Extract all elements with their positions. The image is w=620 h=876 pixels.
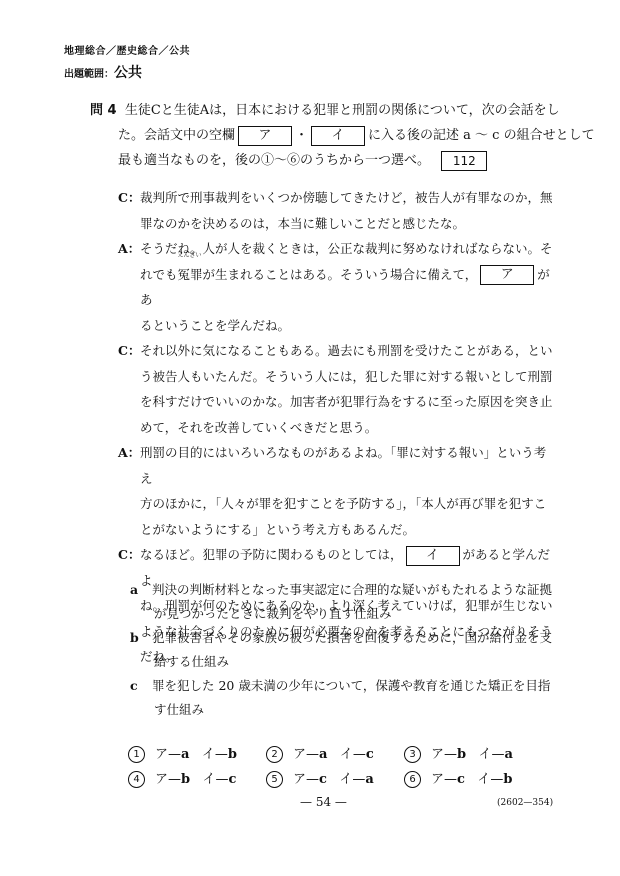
scope-label: 出題範囲： xyxy=(64,69,114,80)
answer-number-box[interactable]: 112 xyxy=(441,151,487,171)
blank-a-box: ア xyxy=(480,265,534,285)
statement-letter: a xyxy=(130,578,152,602)
text-segment: なるほど。犯罪の予防に関わるものとしては， xyxy=(140,547,403,562)
dialogue-line: めて，それを改善していくべきだと思う。 xyxy=(140,415,558,441)
dialogue-line: 方のほかに，「人々が罪を犯すことを予防する」，「本人が再び罪を犯すこ xyxy=(140,491,558,517)
choice-6[interactable]: 6ア—c イ—b xyxy=(404,768,542,788)
dialogue-turn: C： 裁判所で刑事裁判をいくつか傍聴してきたけど，被告人が有罪なのか，無 罪なの… xyxy=(118,185,558,236)
blank-a-box: ア xyxy=(238,126,292,146)
question-line-3: 最も適当なものを，後の①～⑥のうちから一つ選べ。 xyxy=(118,153,430,168)
dialogue-line: 裁判所で刑事裁判をいくつか傍聴してきたけど，被告人が有罪なのか，無 xyxy=(140,185,558,211)
circled-number-icon: 3 xyxy=(404,746,421,763)
circled-number-icon: 5 xyxy=(266,771,283,788)
speaker-label: A： xyxy=(118,236,140,262)
ruby-reading: えんざい xyxy=(178,252,202,260)
circled-number-icon: 4 xyxy=(128,771,145,788)
ruby-base: 冤罪 xyxy=(178,267,203,282)
statement-text: 判決の判断材料となった事実認定に合理的な疑いがもたれるような証拠が見つかったとき… xyxy=(152,582,552,621)
speaker-label: C： xyxy=(118,185,140,211)
statement-list: a判決の判断材料となった事実認定に合理的な疑いがもたれるような証拠が見つかったと… xyxy=(130,578,560,722)
scope-header: 出題範囲：公共 xyxy=(64,62,142,82)
dialogue-line: とがないようにする」という考え方もあるんだ。 xyxy=(140,517,558,543)
dialogue-line: それ以外に気になることもある。過去にも刑罰を受けたことがある，とい xyxy=(140,338,558,364)
ruby-word: えんざい冤罪 xyxy=(178,262,203,288)
dialogue-turn: C： それ以外に気になることもある。過去にも刑罰を受けたことがある，とい う被告… xyxy=(118,338,558,440)
dialogue-line: を科すだけでいいのかな。加害者が犯罪行為をするに至った原因を突き止 xyxy=(140,389,558,415)
dot-separator: ・ xyxy=(295,128,308,143)
dialogue-line: るということを学んだね。 xyxy=(140,313,558,339)
circled-number-icon: 2 xyxy=(266,746,283,763)
page-number: — 54 — xyxy=(300,795,347,809)
choice-5[interactable]: 5ア—c イ—a xyxy=(266,768,404,788)
speaker-label: C： xyxy=(118,338,140,364)
question-prompt: 問 4 生徒Cと生徒Aは，日本における犯罪と刑罰の関係について，次の会話をし た… xyxy=(90,98,560,173)
document-code: (2602—354) xyxy=(497,798,553,808)
dialogue-line: そうだね。人が人を裁くときは，公正な裁判に努めなければならない。そ xyxy=(140,236,558,262)
question-line-2-post: に入る後の記述 a ～ c の組合せとして xyxy=(368,128,595,143)
statement-text: 犯罪被害者やその家族の被った損害を回復するために，国が給付金を支給する仕組み xyxy=(152,630,552,669)
dialogue-turn: A： そうだね。人が人を裁くときは，公正な裁判に努めなければならない。そ れでも… xyxy=(118,236,558,338)
dialogue-turn: A： 刑罰の目的にはいろいろなものがあるよね。「罪に対する報い」という考え 方の… xyxy=(118,440,558,542)
statement-a: a判決の判断材料となった事実認定に合理的な疑いがもたれるような証拠が見つかったと… xyxy=(130,578,560,626)
text-segment: れでも xyxy=(140,267,178,282)
choice-3[interactable]: 3ア—b イ—a xyxy=(404,743,542,763)
statement-letter: c xyxy=(130,674,152,698)
dialogue-line: 罪なのかを決めるのは，本当に難しいことだと感じたな。 xyxy=(140,211,558,237)
choice-1[interactable]: 1ア—a イ—b xyxy=(128,743,266,763)
scope-value: 公共 xyxy=(114,65,142,81)
statement-text: 罪を犯した 20 歳未満の少年について，保護や教育を通じた矯正を目指す仕組み xyxy=(152,678,550,717)
statement-c: c罪を犯した 20 歳未満の少年について，保護や教育を通じた矯正を目指す仕組み xyxy=(130,674,560,722)
answer-choices: 1ア—a イ—b 2ア—a イ—c 3ア—b イ—a 4ア—b イ—c 5ア—c… xyxy=(128,740,542,790)
blank-i-box: イ xyxy=(406,546,460,566)
dialogue-line: う被告人もいたんだ。そういう人には，犯した罪に対する報いとして刑罰 xyxy=(140,364,558,390)
subject-header: 地理総合／歴史総合／公共 xyxy=(64,42,190,57)
choice-4[interactable]: 4ア—b イ—c xyxy=(128,768,266,788)
question-number: 問 4 xyxy=(90,103,117,118)
speaker-label: C： xyxy=(118,542,140,568)
dialogue-line: 刑罰の目的にはいろいろなものがあるよね。「罪に対する報い」という考え xyxy=(140,440,558,491)
question-line-1: 生徒Cと生徒Aは，日本における犯罪と刑罰の関係について，次の会話をし xyxy=(125,103,560,118)
dialogue-line: れでもえんざい冤罪が生まれることはある。そういう場合に備えて，アがあ xyxy=(140,262,558,313)
choice-2[interactable]: 2ア—a イ—c xyxy=(266,743,404,763)
statement-letter: b xyxy=(130,626,152,650)
question-line-2-pre: た。会話文中の空欄 xyxy=(118,128,235,143)
statement-b: b犯罪被害者やその家族の被った損害を回復するために，国が給付金を支給する仕組み xyxy=(130,626,560,674)
text-segment: が生まれることはある。そういう場合に備えて， xyxy=(203,267,478,282)
circled-number-icon: 6 xyxy=(404,771,421,788)
circled-number-icon: 1 xyxy=(128,746,145,763)
blank-i-box: イ xyxy=(311,126,365,146)
speaker-label: A： xyxy=(118,440,140,466)
